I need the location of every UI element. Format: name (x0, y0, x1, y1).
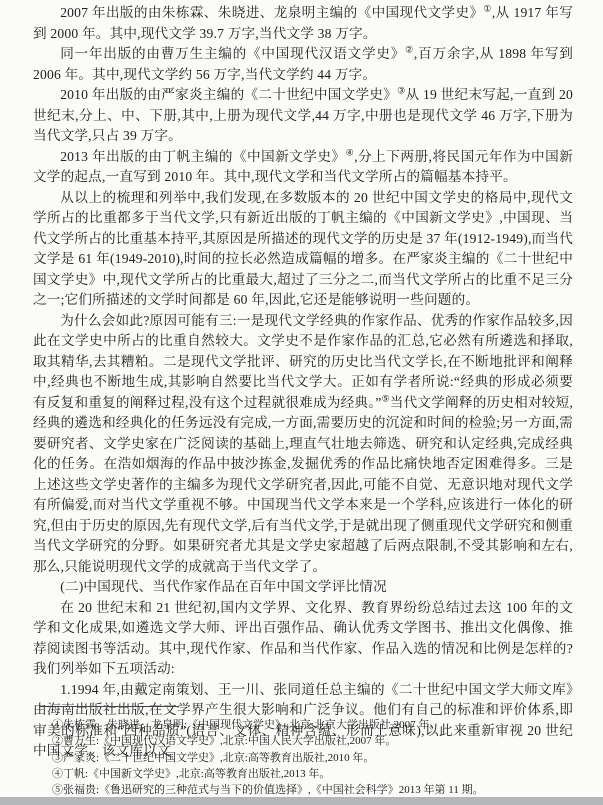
para-2013-ding-edition: 2013 年出版的由丁帆主编的《中国新文学史》④,分上下两册,将民国元年作为中国… (33, 147, 573, 188)
footnote-item: ④丁帆:《中国新文学史》,北京:高等教育出版社,2013 年。 (52, 766, 572, 782)
footnote-marker: ③ (397, 85, 405, 95)
document-body: 2007 年出版的由朱栋霖、朱晓进、龙泉明主编的《中国现代文学史》①,从 191… (33, 3, 573, 762)
page-bottom-scan-edge (0, 797, 603, 805)
footnotes-list: ①朱栋霖、朱晓进、龙泉明:《中国现代文学史》,北京:北京大学出版社,2007 年… (52, 717, 572, 798)
footnote-separator (40, 706, 178, 707)
footnote-item: ①朱栋霖、朱晓进、龙泉明:《中国现代文学史》,北京:北京大学出版社,2007 年… (52, 717, 572, 733)
para-century-evaluations: 在 20 世纪末和 21 世纪初,国内文学界、文化界、教育界纷纷总结过去这 10… (33, 598, 573, 680)
para-2010-yan-edition: 2010 年出版的由严家炎主编的《二十世纪中国文学史》③从 19 世纪末写起,一… (33, 85, 573, 147)
section-heading-er: (二)中国现代、当代作家作品在百年中国文学评比情况 (33, 577, 573, 598)
para-2007-zhu-edition: 2007 年出版的由朱栋霖、朱晓进、龙泉明主编的《中国现代文学史》①,从 191… (33, 3, 573, 44)
footnote-marker: ④ (346, 147, 355, 157)
footnote-marker: ② (405, 44, 414, 54)
footnote-item: ③严家炎:《二十世纪中国文学史》,北京:高等教育出版社,2010 年。 (52, 750, 572, 766)
para-2007-cao-edition: 同一年出版的由曹万生主编的《中国现代汉语文学史》②,百万余字,从 1898 年写… (33, 44, 573, 85)
para-comparison-summary: 从以上的梳理和列举中,我们发现,在多数版本的 20 世纪中国文学史的格局中,现代… (33, 188, 573, 311)
footnote-item: ②曹万生:《中国现代汉语文学史》,北京:中国人民大学出版社,2007 年。 (52, 733, 572, 749)
footnote-marker: ⑤ (381, 393, 389, 403)
para-three-reasons: 为什么会如此?原因可能有三:一是现代文学经典的作家作品、优秀的作家作品较多,因此… (33, 311, 573, 578)
document-page: 2007 年出版的由朱栋霖、朱晓进、龙泉明主编的《中国现代文学史》①,从 191… (0, 0, 603, 805)
footnote-marker: ① (483, 3, 491, 13)
